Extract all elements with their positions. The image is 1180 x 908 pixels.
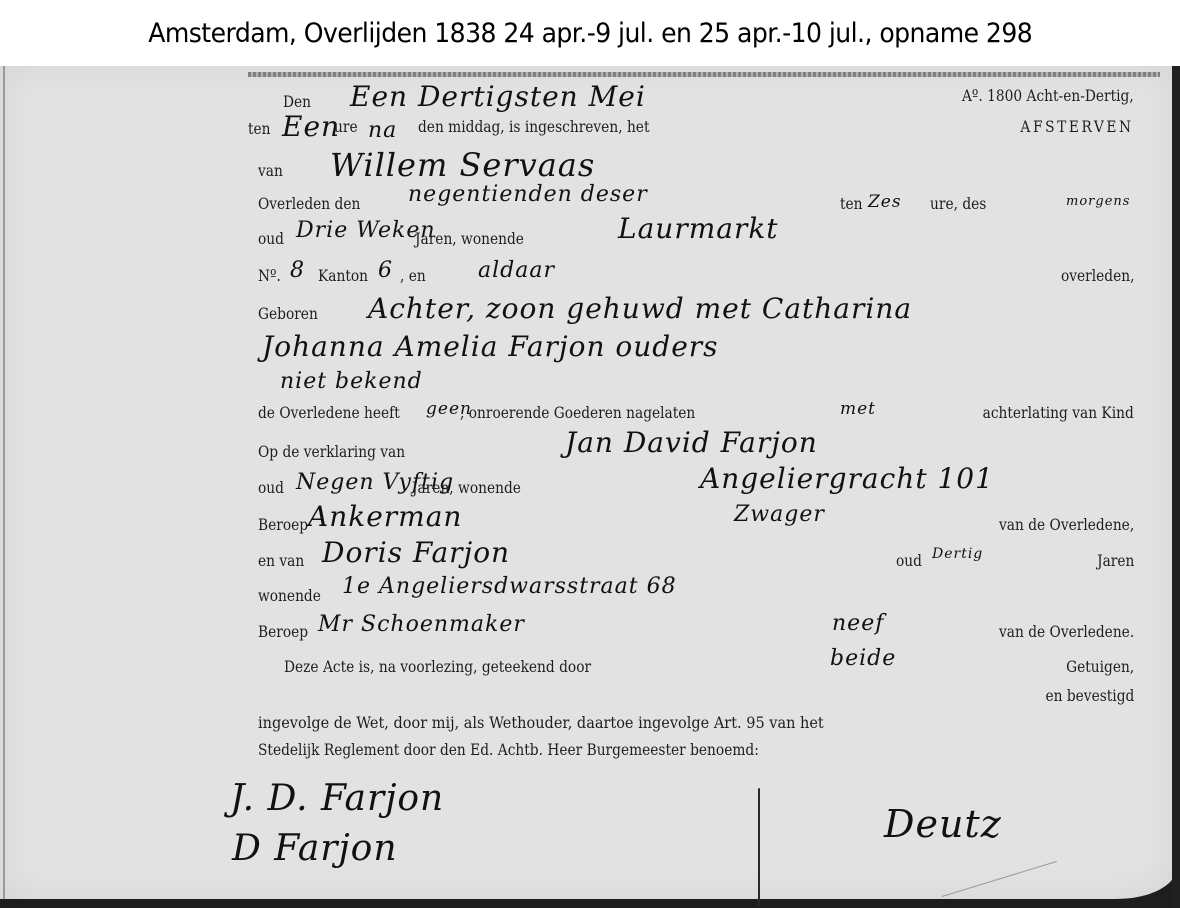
hand-declarant-occupation: Ankerman — [308, 500, 462, 533]
hand-declarant-name: Jan David Farjon — [565, 426, 818, 459]
label-year: Aº. 1800 Acht-en-Dertig, — [962, 86, 1134, 105]
label-ure: ure — [334, 117, 358, 136]
label-oud-3: oud — [896, 551, 922, 570]
hand-kanton: 6 — [378, 258, 393, 283]
label-afsterven: AFSTERVEN — [1021, 117, 1134, 136]
label-ure-des: ure, des — [930, 194, 986, 213]
hand-declarant-residence: Angeliergracht 101 — [700, 462, 994, 495]
label-overleden: overleden, — [1060, 266, 1134, 285]
scan-edge — [1172, 66, 1180, 908]
hand-deceased-name: Willem Servaas — [330, 146, 595, 184]
top-border-band — [248, 72, 1160, 77]
hand-born-line1: Achter, zoon gehuwd met Catharina — [368, 292, 912, 325]
label-den: Den — [283, 92, 311, 111]
label-jaren-wonende: Jaren, wonende — [415, 229, 524, 248]
label-stedelijk-reglement: Stedelijk Reglement door den Ed. Achtb. … — [258, 740, 759, 759]
hand-witness-age: Dertig — [932, 546, 983, 562]
hand-date: Een Dertigsten Mei — [350, 80, 646, 113]
label-ingevolge: ingevolge de Wet, door mij, als Wethoude… — [258, 713, 824, 732]
hand-achterlating: met — [840, 399, 876, 419]
label-en-van: en van — [258, 551, 304, 570]
signature-official: Deutz — [884, 802, 1002, 846]
hand-witness-relation: neef — [832, 611, 884, 636]
hand-signed-by: beide — [830, 646, 896, 671]
label-beroep: Beroep — [258, 515, 308, 534]
signature-brace — [758, 788, 760, 906]
label-wonende: wonende — [258, 586, 321, 605]
hand-place-of-death: aldaar — [478, 258, 555, 283]
label-overledene-heeft: de Overledene heeft — [258, 403, 400, 422]
label-kanton: Kanton — [318, 266, 368, 285]
hand-na: na — [368, 118, 397, 143]
label-no: Nº. — [258, 266, 281, 285]
hand-witness-occupation: Mr Schoenmaker — [318, 612, 525, 637]
label-ten: ten — [248, 119, 271, 138]
label-en: , en — [400, 266, 426, 285]
hand-born-line3: niet bekend — [280, 369, 423, 394]
signature-witness-1: J. D. Farjon — [230, 778, 444, 819]
label-verklaring: Op de verklaring van — [258, 442, 405, 461]
label-beroep-2: Beroep — [258, 622, 308, 641]
hand-death-period: morgens — [1066, 194, 1130, 209]
record-title: Amsterdam, Overlijden 1838 24 apr.-9 jul… — [148, 18, 1032, 49]
label-oud: oud — [258, 229, 284, 248]
label-bevestigd: en bevestigd — [1045, 686, 1134, 705]
hand-declarant-relation: Zwager — [734, 502, 825, 527]
document-scan: Den Een Dertigsten Mei Aº. 1800 Acht-en-… — [0, 66, 1180, 908]
label-middag: den middag, is ingeschreven, het — [418, 117, 649, 136]
hand-house-no: 8 — [290, 258, 305, 283]
page-spine-line — [3, 66, 5, 899]
label-overleden-den: Overleden den — [258, 194, 360, 213]
signature-witness-2: D Farjon — [232, 828, 398, 869]
label-oud-2: oud — [258, 478, 284, 497]
pen-stroke — [942, 861, 1057, 897]
label-jaren-wonende-2: Jaren, wonende — [412, 478, 521, 497]
label-getuigen: Getuigen, — [1066, 657, 1134, 676]
hand-witness-name: Doris Farjon — [322, 536, 510, 569]
label-van-de-overledene-2: van de Overledene. — [999, 622, 1134, 641]
hand-hour: Een — [282, 110, 340, 143]
hand-witness-residence: 1e Angeliersdwarsstraat 68 — [342, 574, 677, 599]
label-ten-2: ten — [840, 194, 863, 213]
hand-born-line2: Johanna Amelia Farjon ouders — [262, 330, 719, 363]
caption-bar: Amsterdam, Overlijden 1838 24 apr.-9 jul… — [0, 0, 1180, 66]
label-geboren: Geboren — [258, 304, 318, 323]
label-van-de-overledene: van de Overledene, — [999, 515, 1134, 534]
label-onroerende: , onroerende Goederen nagelaten — [460, 403, 695, 422]
hand-death-hour: Zes — [868, 192, 902, 212]
label-jaren: Jaren — [1097, 551, 1134, 570]
hand-residence: Laurmarkt — [618, 212, 779, 245]
label-van: van — [258, 161, 283, 180]
label-deze-acte: Deze Acte is, na voorlezing, geteekend d… — [284, 657, 591, 676]
hand-death-day: negentienden deser — [408, 182, 648, 207]
paper-sheet: Den Een Dertigsten Mei Aº. 1800 Acht-en-… — [0, 66, 1176, 899]
label-achterlating: achterlating van Kind — [983, 403, 1134, 422]
